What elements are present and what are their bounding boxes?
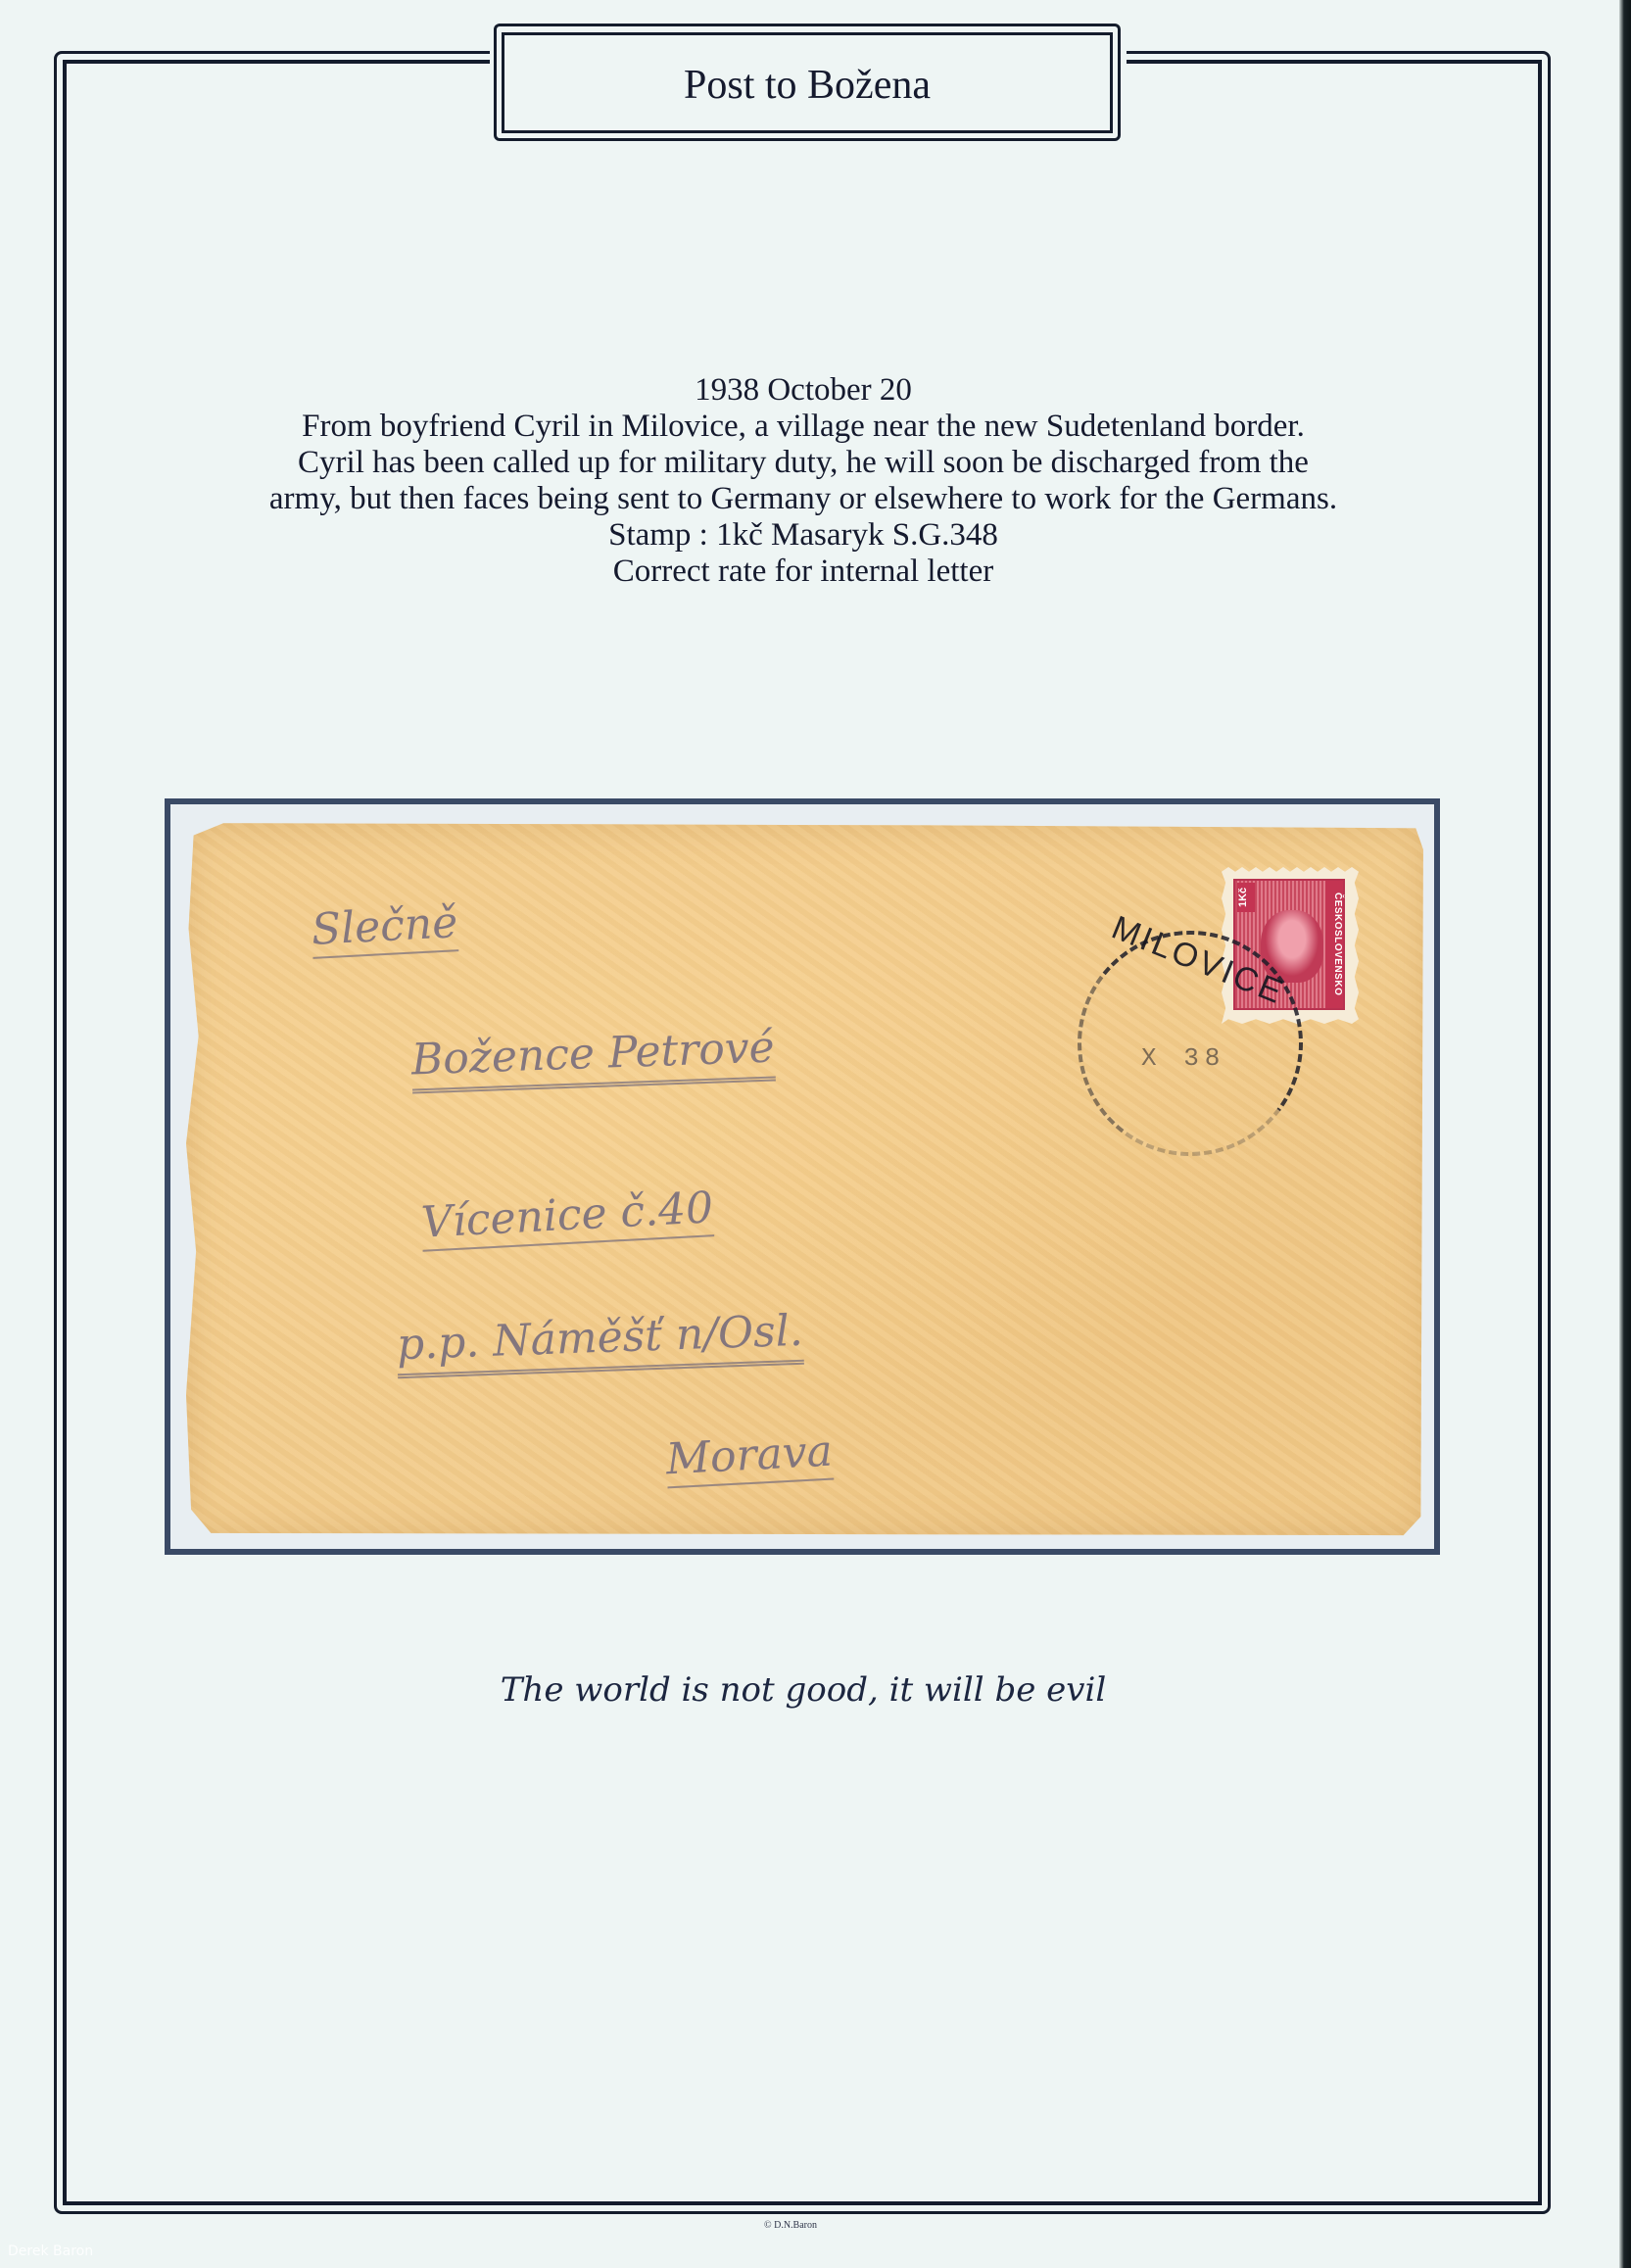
description-stamp: Stamp : 1kč Masaryk S.G.348 [118,517,1489,554]
page-title: Post to Božena [684,62,931,109]
description-line-3: army, but then faces being sent to Germa… [118,481,1489,517]
description-date: 1938 October 20 [118,372,1489,409]
quote: The world is not good, it will be evil [0,1670,1607,1710]
title-box-inner: Post to Božena [502,32,1113,133]
postmark-date: X 38 [1141,1043,1225,1073]
description-line-1: From boyfriend Cyril in Milovice, a vill… [118,409,1489,445]
scan-edge [1619,0,1631,2268]
watermark: Derek Baron [8,2244,93,2259]
description: 1938 October 20 From boyfriend Cyril in … [118,372,1489,590]
address-salutation: Slečně [311,897,459,959]
description-line-2: Cyril has been called up for military du… [118,445,1489,481]
copyright: © D.N.Baron [764,2220,817,2231]
stamp-country: ČESKOSLOVENSKO [1325,881,1343,1008]
address-region: Morava [665,1426,835,1489]
description-rate: Correct rate for internal letter [118,554,1489,590]
stamp-value: 1Kč [1237,883,1255,912]
